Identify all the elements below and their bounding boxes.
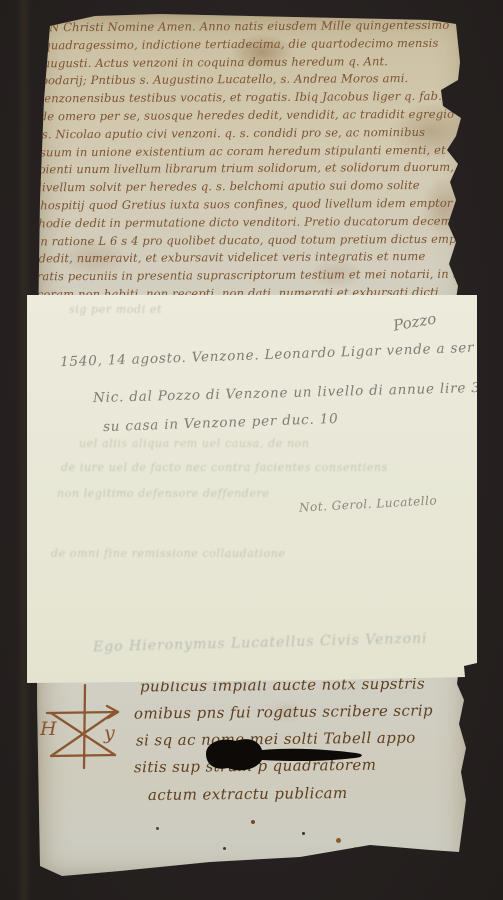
fox-spot [223, 847, 226, 850]
notary-mark-letter-right: y [104, 722, 115, 744]
manuscript-line: N Christi Nomine Amen. Anno natis eiusde… [49, 17, 467, 37]
showthrough-line: de iure uel de facto nec contra faciente… [61, 461, 388, 474]
notary-mark-letter-left: H [40, 718, 57, 740]
slip-regest-line: 1540, 14 agosto. Venzone. Leonardo Ligar… [60, 340, 475, 370]
fox-spot [251, 820, 255, 824]
manuscript-line: quadragessimo, indictione tertiadecima, … [43, 35, 467, 55]
fox-spot [336, 838, 341, 843]
slip-regest-line: su casa in Venzone per duc. 10 [103, 411, 339, 435]
fox-spot [156, 827, 159, 830]
fox-spot [353, 847, 358, 852]
manuscript-line: hodie dedit in permutatione dicto vendit… [38, 212, 468, 232]
slip-notary-signature: Not. Gerol. Lucatello [299, 493, 438, 514]
ink-blot [198, 734, 368, 778]
showthrough-line: uel aliis aliqua rem uel causa, de non [79, 437, 310, 450]
manuscript-body: N Christi Nomine Amen. Anno natis eiusde… [43, 17, 469, 304]
manuscript-line: de omero per se, suosque heredes dedit, … [40, 106, 468, 126]
showthrough-line: de omni fine remissione collaudatione [51, 547, 286, 560]
manuscript-line: s. Nicolao aputio civi venzoni. q. s. co… [42, 123, 468, 143]
document-scan: N Christi Nomine Amen. Anno natis eiusde… [0, 0, 503, 900]
closing-line: actum extractu publicam [148, 784, 348, 804]
showthrough-subscription: Ego Hieronymus Lucatellus Civis Venzoni [93, 631, 428, 656]
slip-corner-name: Pozzo [392, 309, 438, 334]
fox-spot [302, 832, 305, 835]
notary-signum: H y [38, 682, 130, 776]
manuscript-line: hospitij quod Gretius iuxta suos confine… [40, 195, 468, 215]
archivist-slip: sig per modi et uel aliis aliqua rem uel… [27, 295, 477, 683]
closing-line: omibus pns fui rogatus scribere scrip [134, 701, 433, 722]
showthrough-line: non legitimo defensore deffendere [57, 487, 270, 500]
slip-regest-line: Nic. dal Pozzo di Venzone un livello di … [93, 380, 481, 406]
showthrough-line: sig per modi et [69, 303, 162, 316]
